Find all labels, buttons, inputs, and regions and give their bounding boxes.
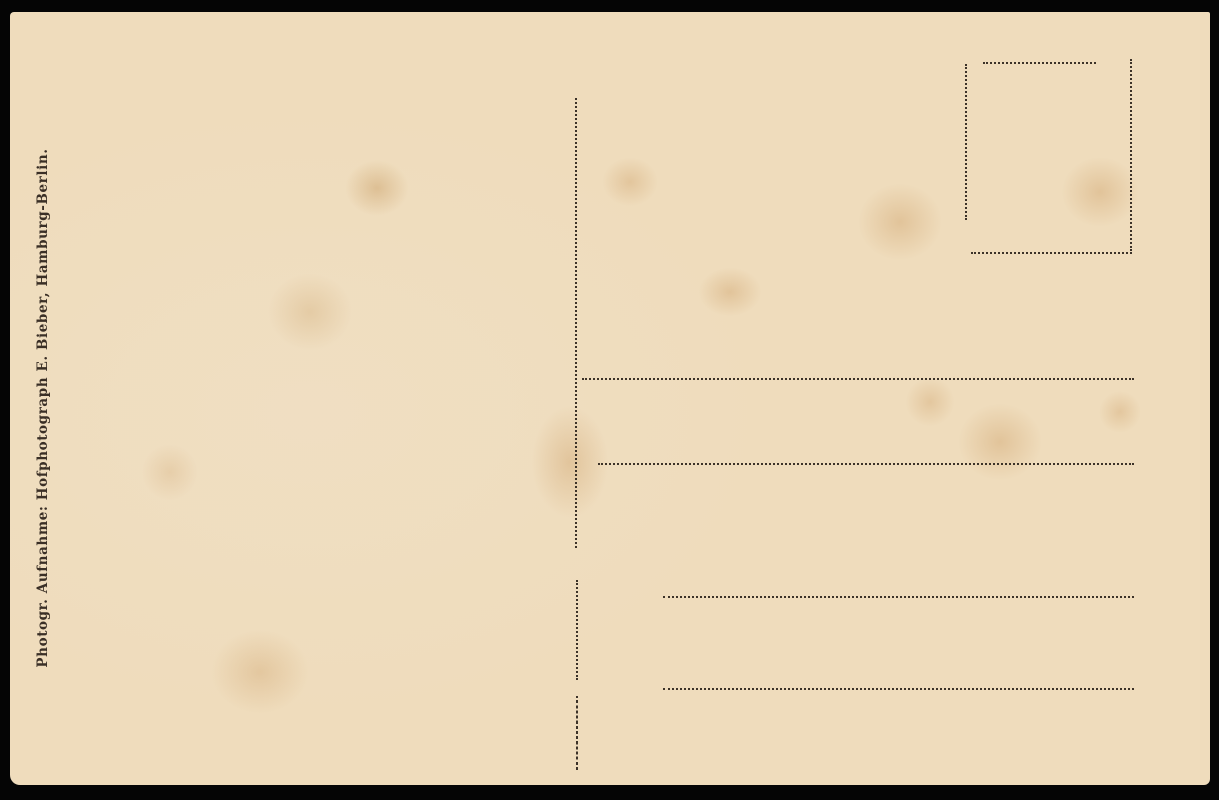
stamp-box-bottom <box>971 252 1132 254</box>
postcard-back: Photogr. Aufnahme: Hofphotograph E. Bieb… <box>10 12 1210 785</box>
divider-line <box>575 98 577 548</box>
divider-line-lower <box>576 580 578 680</box>
address-line-1 <box>582 378 1134 380</box>
address-line-2 <box>598 463 1134 465</box>
stamp-box-left <box>965 64 967 220</box>
divider-line-bottom <box>576 696 578 770</box>
address-line-4 <box>663 688 1134 690</box>
stamp-box-top <box>983 62 1096 64</box>
photographer-caption: Photogr. Aufnahme: Hofphotograph E. Bieb… <box>35 148 51 667</box>
address-line-3 <box>663 596 1134 598</box>
stamp-box-right <box>1130 59 1132 251</box>
